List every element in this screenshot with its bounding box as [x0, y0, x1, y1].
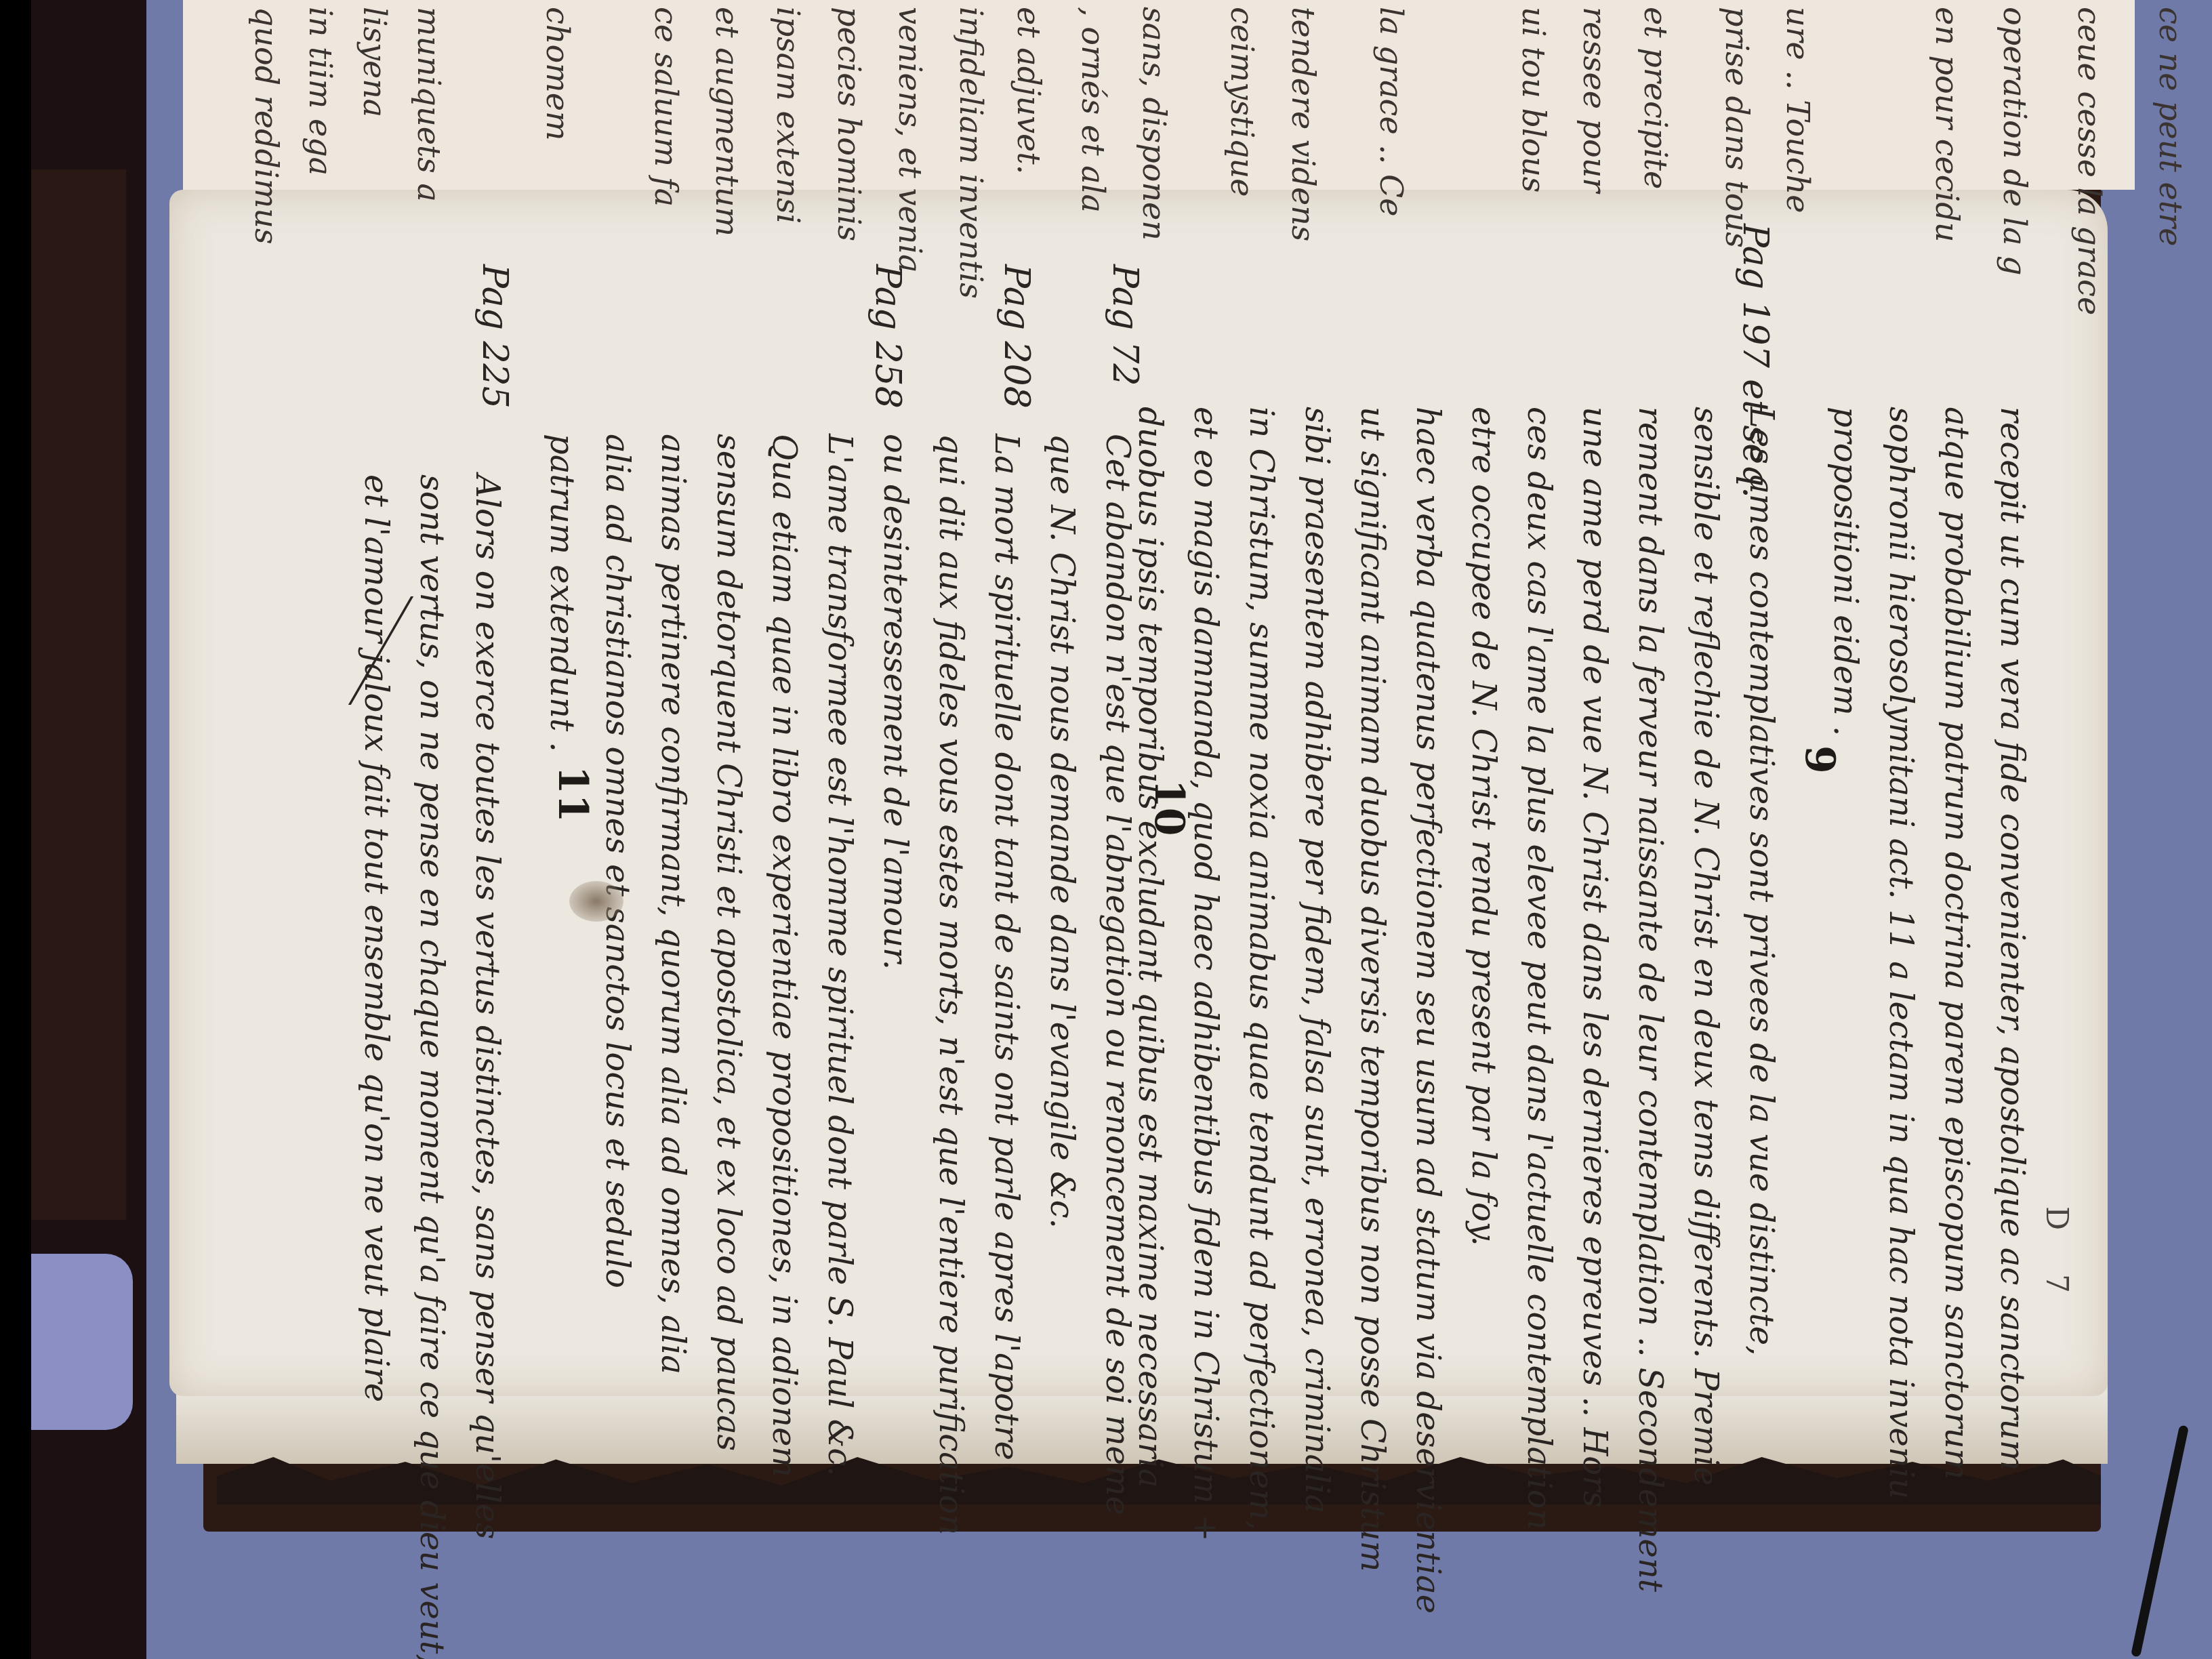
text-line: sensible et reflechie de N. Christ en de…	[1678, 407, 1734, 1614]
prev-line: ceimystique	[1224, 7, 1261, 197]
text-line: atque probabilium patrum doctrina parem …	[1929, 407, 1984, 1499]
text-line: ou desinteressement de l'amour.	[867, 434, 923, 1535]
text-line: recepit ut cum vera fide convenienter, a…	[1984, 407, 2040, 1499]
text-line: qui dit aux fideles vous estes morts, n'…	[923, 434, 979, 1535]
prev-line: prise dans tous	[1719, 7, 1755, 248]
prev-line: et adjuvet.	[1010, 7, 1047, 174]
prev-line: chomem	[539, 7, 576, 141]
section-number: 9	[1796, 745, 1843, 774]
prev-line: ceue cesse la grace	[2071, 7, 2108, 315]
section-9-text: Les ames contemplatives sont privees de …	[1122, 407, 1789, 1614]
text-line: rement dans la ferveur naissante de leur…	[1622, 407, 1678, 1614]
folio-number: 7	[2039, 1274, 2074, 1293]
text-line: haec verba quatenus perfectionem seu usu…	[1400, 407, 1456, 1614]
section-10-text: Cet abandon n'est que l'abnegation ou re…	[534, 434, 1145, 1535]
folio-mark: D	[2039, 1206, 2074, 1230]
text-line: une ame perd de vue N. Christ dans les d…	[1567, 407, 1622, 1614]
black-border	[0, 0, 31, 1659]
text-line: alia ad christianos omnes et sanctos loc…	[590, 434, 645, 1535]
margin-reference: Pag 258	[867, 264, 908, 409]
cloth-fold	[31, 1254, 133, 1430]
text-line: L'ame transformee est l'homme spirituel …	[812, 434, 867, 1535]
prev-line: en pour cecidu	[1929, 7, 1965, 242]
prev-line: muniquets a	[411, 7, 447, 202]
brown-object	[31, 169, 126, 1220]
prev-line: operation de la g	[1996, 7, 2033, 275]
text-line: et eo magis damnanda, quod haec adhibent…	[1178, 407, 1233, 1614]
text-line: ut significant animam duobus diversis te…	[1345, 407, 1400, 1614]
prev-line: la grace .. Ce	[1373, 7, 1410, 217]
text-line: Cet abandon n'est que l'abnegation ou re…	[1090, 434, 1145, 1535]
prev-line: ipsam extensi	[770, 7, 806, 224]
text-line: sibi praesentem adhibere per fidem, fals…	[1289, 407, 1345, 1614]
margin-reference: Pag 72	[1105, 264, 1145, 386]
text-line: que N. Christ nous demande dans l'evangi…	[1034, 434, 1090, 1535]
text-line: Qua etiam quae in libro experientiae pro…	[756, 434, 812, 1535]
prev-line: veniens, et venia	[892, 7, 928, 273]
prev-line: et augmentum	[709, 7, 745, 237]
prev-line: ce ne peut etre	[2152, 7, 2189, 246]
prev-line: , ornés et ala	[1075, 7, 1111, 213]
text-line: in Christum, summe noxia animabus quae t…	[1233, 407, 1289, 1614]
text-line: ces deux cas l'ame la plus elevee peut d…	[1511, 407, 1567, 1614]
prev-line: in tiim ega	[302, 7, 339, 176]
prev-line: ce saluum fa	[648, 7, 684, 207]
text-line: etre occupee de N. Christ rendu present …	[1456, 407, 1511, 1614]
prev-line: ressee pour	[1576, 7, 1613, 192]
ink-stain	[569, 881, 623, 922]
prev-line: lisyena	[356, 7, 393, 117]
text-line: Alors on exerce toutes les vertus distin…	[459, 474, 515, 1659]
prev-line: ure .. Touche	[1780, 7, 1816, 213]
text-line: patrum extendunt .	[534, 434, 590, 1535]
prev-line: infideliam inventis	[953, 7, 989, 299]
section-number: 10	[1145, 779, 1193, 836]
margin-reference: Pag 225	[474, 264, 515, 409]
section-number: 11	[549, 766, 596, 823]
prev-line: tendere videns	[1285, 7, 1322, 241]
text-line: sophronii hierosolymitani act. 11 a lect…	[1873, 407, 1929, 1499]
prev-line: quod reddimus	[248, 7, 285, 245]
text-line: propositioni eidem .	[1818, 407, 1873, 1499]
opening-text: recepit ut cum vera fide convenienter, a…	[1818, 407, 2040, 1499]
text-line: Les ames contemplatives sont privees de …	[1734, 407, 1789, 1614]
manuscript-photo: ce ne peut etre ceue cesse la grace oper…	[0, 0, 2212, 1659]
text-line: La mort spirituelle dont tant de saints …	[979, 434, 1034, 1535]
prev-line: pecies hominis	[831, 7, 867, 241]
text-line: sensum detorquent Christi et apostolica,…	[701, 434, 756, 1535]
text-line: animas pertinere confirmant, quorum alia…	[645, 434, 701, 1535]
prev-line: ui tou blous	[1515, 7, 1552, 192]
prev-line: et precipite	[1637, 7, 1674, 189]
prev-line: sans, disponen	[1136, 7, 1172, 241]
margin-reference: Pag 208	[996, 264, 1037, 409]
